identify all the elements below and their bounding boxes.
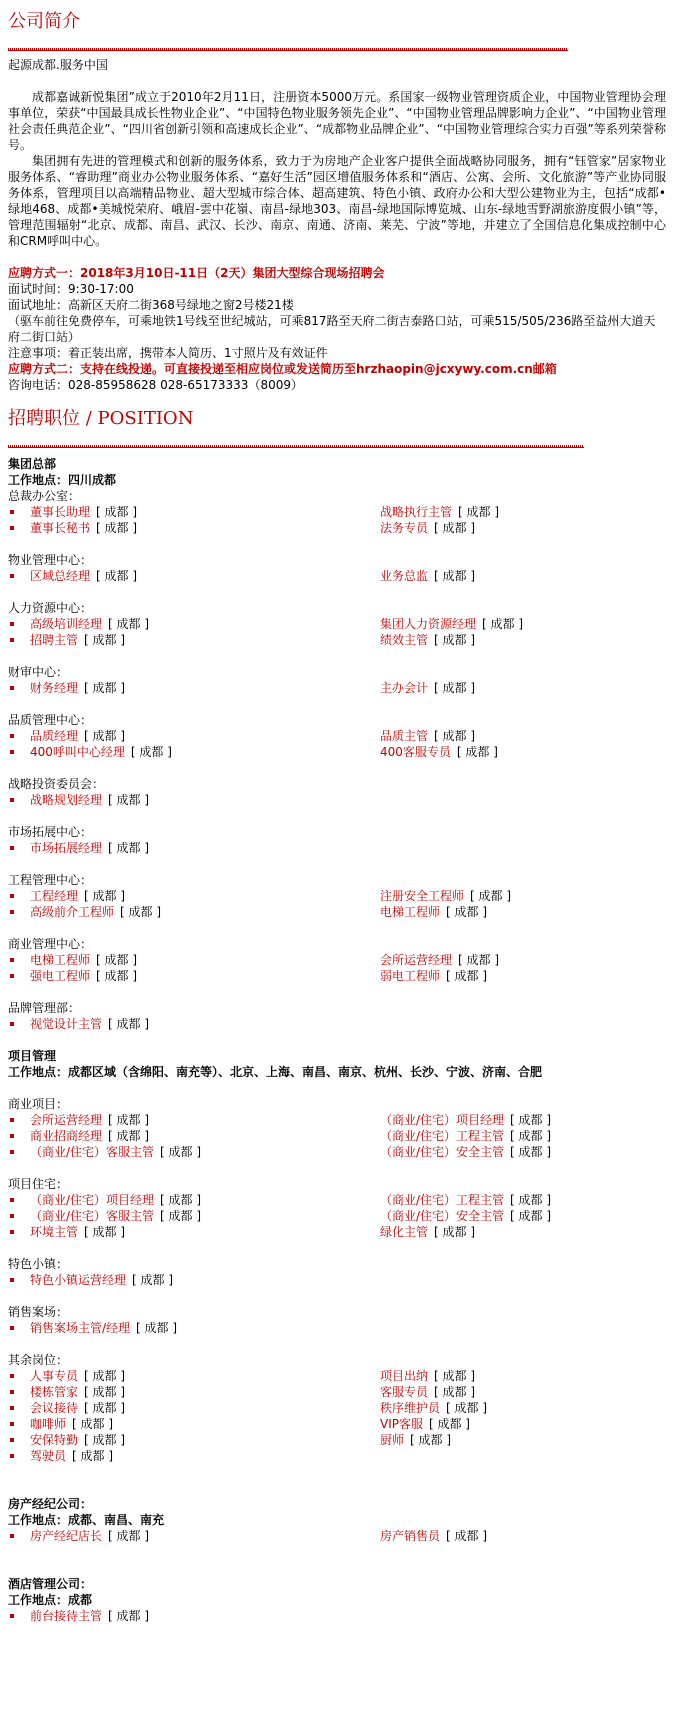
job-link[interactable]: 高级前介工程师 xyxy=(30,904,114,920)
job-cell: 400客服专员[ 成都 ] xyxy=(380,744,498,760)
job-link[interactable]: 注册安全工程师 xyxy=(380,888,464,904)
notice: 注意事项：着正装出席，携带本人简历、1寸照片及有效证件 xyxy=(8,345,666,361)
job-location: [ 成都 ] xyxy=(136,1320,177,1336)
job-location: [ 成都 ] xyxy=(446,1528,487,1544)
job-link[interactable]: 品质经理 xyxy=(30,728,78,744)
job-cell: 区域总经理[ 成都 ] xyxy=(8,568,380,584)
job-cell: 主办会计[ 成都 ] xyxy=(380,680,475,696)
department: 其余岗位：人事专员[ 成都 ]项目出纳[ 成都 ]楼栋管家[ 成都 ]客服专员[… xyxy=(8,1352,666,1464)
department-name: 销售案场： xyxy=(8,1304,666,1320)
job-cell: 财务经理[ 成都 ] xyxy=(8,680,380,696)
group-hotel: 酒店管理公司： 工作地点：成都 前台接待主管[ 成都 ] xyxy=(8,1576,666,1624)
bullet-icon xyxy=(10,1422,14,1426)
department: 商业管理中心：电梯工程师[ 成都 ]会所运营经理[ 成都 ]强电工程师[ 成都 … xyxy=(8,936,666,984)
job-location: [ 成都 ] xyxy=(108,1128,149,1144)
job-cell: 法务专员[ 成都 ] xyxy=(380,520,475,536)
apply-method-2[interactable]: 应聘方式二：支持在线投递。可直接投递至相应岗位或发送简历至hrzhaopin@j… xyxy=(8,361,666,377)
interview-time: 面试时间：9:30-17:00 xyxy=(8,281,666,297)
job-location: [ 成都 ] xyxy=(131,744,172,760)
department: 物业管理中心：区域总经理[ 成都 ]业务总监[ 成都 ] xyxy=(8,552,666,584)
job-link[interactable]: 人事专员 xyxy=(30,1368,78,1384)
job-cell: 会所运营经理[ 成都 ] xyxy=(380,952,499,968)
job-location: [ 成都 ] xyxy=(96,568,137,584)
department-name: 物业管理中心： xyxy=(8,552,666,568)
job-link[interactable]: （商业/住宅）项目经理 xyxy=(380,1112,504,1128)
bullet-icon xyxy=(10,1134,14,1138)
job-location: [ 成都 ] xyxy=(160,1192,201,1208)
bullet-icon xyxy=(10,1406,14,1410)
job-row: 战略规划经理[ 成都 ] xyxy=(8,792,666,808)
job-row: （商业/住宅）项目经理[ 成都 ]（商业/住宅）工程主管[ 成都 ] xyxy=(8,1192,666,1208)
bullet-icon xyxy=(10,1454,14,1458)
job-location: [ 成都 ] xyxy=(446,968,487,984)
job-location: [ 成都 ] xyxy=(96,968,137,984)
job-location: [ 成都 ] xyxy=(434,520,475,536)
job-cell: 绩效主管[ 成都 ] xyxy=(380,632,475,648)
job-location: [ 成都 ] xyxy=(84,1432,125,1448)
job-link[interactable]: 房产经纪店长 xyxy=(30,1528,102,1544)
job-cell: （商业/住宅）工程主管[ 成都 ] xyxy=(380,1192,551,1208)
job-row: 电梯工程师[ 成都 ]会所运营经理[ 成都 ] xyxy=(8,952,666,968)
job-link[interactable]: 战略执行主管 xyxy=(380,504,452,520)
job-cell: 咖啡师[ 成都 ] xyxy=(8,1416,380,1432)
bullet-icon xyxy=(10,1230,14,1234)
department-name: 商业项目： xyxy=(8,1096,666,1112)
job-location: [ 成都 ] xyxy=(510,1128,551,1144)
job-location: [ 成都 ] xyxy=(434,1224,475,1240)
job-link[interactable]: 董事长秘书 xyxy=(30,520,90,536)
job-location: [ 成都 ] xyxy=(96,520,137,536)
job-row: 会所运营经理[ 成都 ]（商业/住宅）项目经理[ 成都 ] xyxy=(8,1112,666,1128)
job-cell: 驾驶员[ 成都 ] xyxy=(8,1448,380,1464)
group-realty: 房产经纪公司： 工作地点：成都、南昌、南充 房产经纪店长[ 成都 ]房产销售员[… xyxy=(8,1496,666,1544)
job-link[interactable]: 项目出纳 xyxy=(380,1368,428,1384)
department-name: 品牌管理部： xyxy=(8,1000,666,1016)
department: 市场拓展中心：市场拓展经理[ 成都 ] xyxy=(8,824,666,856)
job-location: [ 成都 ] xyxy=(510,1144,551,1160)
bullet-icon xyxy=(10,574,14,578)
job-cell: 房产销售员[ 成都 ] xyxy=(380,1528,487,1544)
job-location: [ 成都 ] xyxy=(160,1208,201,1224)
department: 品质管理中心：品质经理[ 成都 ]品质主管[ 成都 ]400呼叫中心经理[ 成都… xyxy=(8,712,666,760)
job-location: [ 成都 ] xyxy=(160,1144,201,1160)
bullet-icon xyxy=(10,686,14,690)
job-cell: 弱电工程师[ 成都 ] xyxy=(380,968,487,984)
job-link[interactable]: 秩序维护员 xyxy=(380,1400,440,1416)
job-rows: 房产经纪店长[ 成都 ]房产销售员[ 成都 ] xyxy=(8,1528,666,1544)
job-location: [ 成都 ] xyxy=(108,1112,149,1128)
job-row: 高级培训经理[ 成都 ]集团人力资源经理[ 成都 ] xyxy=(8,616,666,632)
job-cell: 会议接待[ 成都 ] xyxy=(8,1400,380,1416)
job-row: 楼栋管家[ 成都 ]客服专员[ 成都 ] xyxy=(8,1384,666,1400)
job-link[interactable]: 品质主管 xyxy=(380,728,428,744)
job-location: [ 成都 ] xyxy=(120,904,161,920)
bullet-icon xyxy=(10,1374,14,1378)
bullet-icon xyxy=(10,750,14,754)
job-link[interactable]: 主办会计 xyxy=(380,680,428,696)
job-location: [ 成都 ] xyxy=(72,1448,113,1464)
bullet-icon xyxy=(10,526,14,530)
job-row: （商业/住宅）客服主管[ 成都 ]（商业/住宅）安全主管[ 成都 ] xyxy=(8,1144,666,1160)
job-cell: 业务总监[ 成都 ] xyxy=(380,568,475,584)
group-name: 集团总部 xyxy=(8,456,666,472)
group-location: 工作地点：成都、南昌、南充 xyxy=(8,1512,666,1528)
job-link[interactable]: 客服专员 xyxy=(380,1384,428,1400)
job-link[interactable]: 厨师 xyxy=(380,1432,404,1448)
job-row: 房产经纪店长[ 成都 ]房产销售员[ 成都 ] xyxy=(8,1528,666,1544)
job-cell: 人事专员[ 成都 ] xyxy=(8,1368,380,1384)
department: 特色小镇：特色小镇运营经理[ 成都 ] xyxy=(8,1256,666,1288)
job-location: [ 成都 ] xyxy=(446,1400,487,1416)
job-location: [ 成都 ] xyxy=(410,1432,451,1448)
job-cell: 环境主管[ 成都 ] xyxy=(8,1224,380,1240)
job-row: 环境主管[ 成都 ]绿化主管[ 成都 ] xyxy=(8,1224,666,1240)
job-row: 工程经理[ 成都 ]注册安全工程师[ 成都 ] xyxy=(8,888,666,904)
job-cell: 厨师[ 成都 ] xyxy=(380,1432,451,1448)
job-cell: 战略规划经理[ 成都 ] xyxy=(8,792,380,808)
job-location: [ 成都 ] xyxy=(84,888,125,904)
job-link[interactable]: 咖啡师 xyxy=(30,1416,66,1432)
bullet-icon xyxy=(10,734,14,738)
job-location: [ 成都 ] xyxy=(84,632,125,648)
positions-title: 招聘职位 / POSITION xyxy=(8,407,666,431)
job-link[interactable]: 高级培训经理 xyxy=(30,616,102,632)
job-link[interactable]: 商业招商经理 xyxy=(30,1128,102,1144)
job-row: 强电工程师[ 成都 ]弱电工程师[ 成都 ] xyxy=(8,968,666,984)
dotted-divider xyxy=(8,48,568,51)
bullet-icon xyxy=(10,638,14,642)
bullet-icon xyxy=(10,1534,14,1538)
job-location: [ 成都 ] xyxy=(458,504,499,520)
department-name: 总裁办公室： xyxy=(8,488,666,504)
job-link[interactable]: 财务经理 xyxy=(30,680,78,696)
job-location: [ 成都 ] xyxy=(84,1400,125,1416)
group-location: 工作地点：成都区域（含绵阳、南充等）、北京、上海、南昌、南京、杭州、长沙、宁波、… xyxy=(8,1064,666,1080)
job-location: [ 成都 ] xyxy=(96,504,137,520)
job-link[interactable]: 会议接待 xyxy=(30,1400,78,1416)
job-cell: 品质经理[ 成都 ] xyxy=(8,728,380,744)
bullet-icon xyxy=(10,1198,14,1202)
job-location: [ 成都 ] xyxy=(108,792,149,808)
job-location: [ 成都 ] xyxy=(434,680,475,696)
group-location: 工作地点：四川成都 xyxy=(8,472,666,488)
job-link[interactable]: 会所运营经理 xyxy=(380,952,452,968)
job-cell: 安保特勤[ 成都 ] xyxy=(8,1432,380,1448)
job-location: [ 成都 ] xyxy=(108,1016,149,1032)
job-cell: （商业/住宅）客服主管[ 成都 ] xyxy=(8,1208,380,1224)
job-link[interactable]: 房产销售员 xyxy=(380,1528,440,1544)
job-location: [ 成都 ] xyxy=(108,1528,149,1544)
job-row: 特色小镇运营经理[ 成都 ] xyxy=(8,1272,666,1288)
company-intro-title: 公司简介 xyxy=(8,10,666,34)
job-location: [ 成都 ] xyxy=(510,1112,551,1128)
job-link[interactable]: （商业/住宅）安全主管 xyxy=(380,1144,504,1160)
job-link[interactable]: 战略规划经理 xyxy=(30,792,102,808)
job-location: [ 成都 ] xyxy=(434,568,475,584)
bullet-icon xyxy=(10,798,14,802)
department: 总裁办公室：董事长助理[ 成都 ]战略执行主管[ 成都 ]董事长秘书[ 成都 ]… xyxy=(8,488,666,536)
job-row: 财务经理[ 成都 ]主办会计[ 成都 ] xyxy=(8,680,666,696)
job-location: [ 成都 ] xyxy=(482,616,523,632)
dept-list: 商业项目：会所运营经理[ 成都 ]（商业/住宅）项目经理[ 成都 ]商业招商经理… xyxy=(8,1096,666,1464)
bullet-icon xyxy=(10,1390,14,1394)
bullet-icon xyxy=(10,1326,14,1330)
bullet-icon xyxy=(10,510,14,514)
job-link[interactable]: （商业/住宅）客服主管 xyxy=(30,1208,154,1224)
job-cell: （商业/住宅）客服主管[ 成都 ] xyxy=(8,1144,380,1160)
job-link[interactable]: 法务专员 xyxy=(380,520,428,536)
job-cell: 工程经理[ 成都 ] xyxy=(8,888,380,904)
job-cell: 强电工程师[ 成都 ] xyxy=(8,968,380,984)
job-row: 会议接待[ 成都 ]秩序维护员[ 成都 ] xyxy=(8,1400,666,1416)
job-location: [ 成都 ] xyxy=(84,680,125,696)
job-cell: 董事长秘书[ 成都 ] xyxy=(8,520,380,536)
bullet-icon xyxy=(10,1614,14,1618)
job-link[interactable]: 视觉设计主管 xyxy=(30,1016,102,1032)
job-link[interactable]: 业务总监 xyxy=(380,568,428,584)
job-cell: 房产经纪店长[ 成都 ] xyxy=(8,1528,380,1544)
job-cell: 招聘主管[ 成都 ] xyxy=(8,632,380,648)
job-cell: VIP客服[ 成都 ] xyxy=(380,1416,470,1432)
group-location: 工作地点：成都 xyxy=(8,1592,666,1608)
job-cell: （商业/住宅）安全主管[ 成都 ] xyxy=(380,1144,551,1160)
job-link[interactable]: 董事长助理 xyxy=(30,504,90,520)
department: 商业项目：会所运营经理[ 成都 ]（商业/住宅）项目经理[ 成都 ]商业招商经理… xyxy=(8,1096,666,1160)
job-cell: 会所运营经理[ 成都 ] xyxy=(8,1112,380,1128)
job-link[interactable]: 弱电工程师 xyxy=(380,968,440,984)
job-row: 安保特勤[ 成都 ]厨师[ 成都 ] xyxy=(8,1432,666,1448)
job-location: [ 成都 ] xyxy=(434,1368,475,1384)
bullet-icon xyxy=(10,1022,14,1026)
bullet-icon xyxy=(10,1214,14,1218)
job-link[interactable]: 招聘主管 xyxy=(30,632,78,648)
job-cell: （商业/住宅）工程主管[ 成都 ] xyxy=(380,1128,551,1144)
job-link[interactable]: 前台接待主管 xyxy=(30,1608,102,1624)
dotted-divider xyxy=(8,445,584,448)
job-link[interactable]: 安保特勤 xyxy=(30,1432,78,1448)
department-name: 特色小镇： xyxy=(8,1256,666,1272)
job-link[interactable]: （商业/住宅）客服主管 xyxy=(30,1144,154,1160)
job-link[interactable]: 工程经理 xyxy=(30,888,78,904)
department: 工程管理中心：工程经理[ 成都 ]注册安全工程师[ 成都 ]高级前介工程师[ 成… xyxy=(8,872,666,920)
slogan: 起源成都.服务中国 xyxy=(8,57,666,73)
job-link[interactable]: 市场拓展经理 xyxy=(30,840,102,856)
job-link[interactable]: 绩效主管 xyxy=(380,632,428,648)
job-location: [ 成都 ] xyxy=(446,904,487,920)
job-cell: 秩序维护员[ 成都 ] xyxy=(380,1400,487,1416)
job-cell: 注册安全工程师[ 成都 ] xyxy=(380,888,511,904)
job-cell: 楼栋管家[ 成都 ] xyxy=(8,1384,380,1400)
job-link[interactable]: 电梯工程师 xyxy=(380,904,440,920)
department-name: 市场拓展中心： xyxy=(8,824,666,840)
job-row: 咖啡师[ 成都 ]VIP客服[ 成都 ] xyxy=(8,1416,666,1432)
job-row: 品质经理[ 成都 ]品质主管[ 成都 ] xyxy=(8,728,666,744)
job-link[interactable]: 环境主管 xyxy=(30,1224,78,1240)
job-cell: 高级培训经理[ 成都 ] xyxy=(8,616,380,632)
job-row: 人事专员[ 成都 ]项目出纳[ 成都 ] xyxy=(8,1368,666,1384)
job-row: 市场拓展经理[ 成都 ] xyxy=(8,840,666,856)
job-cell: 品质主管[ 成都 ] xyxy=(380,728,475,744)
bullet-icon xyxy=(10,894,14,898)
job-location: [ 成都 ] xyxy=(457,744,498,760)
bullet-icon xyxy=(10,958,14,962)
job-cell: 市场拓展经理[ 成都 ] xyxy=(8,840,380,856)
group-hq: 集团总部 工作地点：四川成都 总裁办公室：董事长助理[ 成都 ]战略执行主管[ … xyxy=(8,456,666,1032)
job-location: [ 成都 ] xyxy=(434,1384,475,1400)
contact-phone: 咨询电话：028-85958628 028-65173333（8009） xyxy=(8,377,666,393)
department: 项目住宅：（商业/住宅）项目经理[ 成都 ]（商业/住宅）工程主管[ 成都 ]（… xyxy=(8,1176,666,1240)
apply-method-1: 应聘方式一：2018年3月10日-11日（2天）集团大型综合现场招聘会 xyxy=(8,265,666,281)
job-location: [ 成都 ] xyxy=(84,1224,125,1240)
bullet-icon xyxy=(10,846,14,850)
bullet-icon xyxy=(10,1150,14,1154)
job-cell: 电梯工程师[ 成都 ] xyxy=(380,904,487,920)
bullet-icon xyxy=(10,910,14,914)
page: 公司简介 起源成都.服务中国 成都嘉诚新悦集团”成立于2010年2月11日，注册… xyxy=(0,0,674,1624)
job-cell: （商业/住宅）项目经理[ 成都 ] xyxy=(8,1192,380,1208)
job-location: [ 成都 ] xyxy=(108,1608,149,1624)
department-name: 工程管理中心： xyxy=(8,872,666,888)
department: 销售案场：销售案场主管/经理[ 成都 ] xyxy=(8,1304,666,1336)
group-name: 项目管理 xyxy=(8,1048,666,1064)
job-location: [ 成都 ] xyxy=(132,1272,173,1288)
group-name: 酒店管理公司： xyxy=(8,1576,666,1592)
job-row: 销售案场主管/经理[ 成都 ] xyxy=(8,1320,666,1336)
job-cell: （商业/住宅）安全主管[ 成都 ] xyxy=(380,1208,551,1224)
job-link[interactable]: 驾驶员 xyxy=(30,1448,66,1464)
job-cell: 客服专员[ 成都 ] xyxy=(380,1384,475,1400)
job-location: [ 成都 ] xyxy=(429,1416,470,1432)
job-cell: 销售案场主管/经理[ 成都 ] xyxy=(8,1320,380,1336)
job-location: [ 成都 ] xyxy=(434,632,475,648)
group-project: 项目管理 工作地点：成都区域（含绵阳、南充等）、北京、上海、南昌、南京、杭州、长… xyxy=(8,1048,666,1464)
job-row: 区域总经理[ 成都 ]业务总监[ 成都 ] xyxy=(8,568,666,584)
job-cell: 战略执行主管[ 成都 ] xyxy=(380,504,499,520)
job-link[interactable]: 电梯工程师 xyxy=(30,952,90,968)
job-row: 前台接待主管[ 成都 ] xyxy=(8,1608,666,1624)
job-cell: 特色小镇运营经理[ 成都 ] xyxy=(8,1272,380,1288)
job-location: [ 成都 ] xyxy=(96,952,137,968)
job-link[interactable]: （商业/住宅）工程主管 xyxy=(380,1192,504,1208)
job-link[interactable]: （商业/住宅）项目经理 xyxy=(30,1192,154,1208)
job-location: [ 成都 ] xyxy=(108,840,149,856)
dept-list: 总裁办公室：董事长助理[ 成都 ]战略执行主管[ 成都 ]董事长秘书[ 成都 ]… xyxy=(8,488,666,1032)
transport-info: （驱车前往免费停车，可乘地铁1号线至世纪城站，可乘817路至天府二街吉泰路口站，… xyxy=(8,313,666,345)
job-row: （商业/住宅）客服主管[ 成都 ]（商业/住宅）安全主管[ 成都 ] xyxy=(8,1208,666,1224)
job-location: [ 成都 ] xyxy=(510,1208,551,1224)
job-link[interactable]: （商业/住宅）安全主管 xyxy=(380,1208,504,1224)
job-link[interactable]: 区域总经理 xyxy=(30,568,90,584)
job-cell: 视觉设计主管[ 成都 ] xyxy=(8,1016,380,1032)
job-location: [ 成都 ] xyxy=(108,616,149,632)
bullet-icon xyxy=(10,974,14,978)
interview-address: 面试地址：高新区天府二街368号绿地之窗2号楼21楼 xyxy=(8,297,666,313)
job-location: [ 成都 ] xyxy=(470,888,511,904)
job-row: 400呼叫中心经理[ 成都 ]400客服专员[ 成都 ] xyxy=(8,744,666,760)
department-name: 项目住宅： xyxy=(8,1176,666,1192)
job-cell: 前台接待主管[ 成都 ] xyxy=(8,1608,380,1624)
bullet-icon xyxy=(10,1278,14,1282)
job-location: [ 成都 ] xyxy=(458,952,499,968)
department-name: 财审中心： xyxy=(8,664,666,680)
job-link[interactable]: 集团人力资源经理 xyxy=(380,616,476,632)
job-cell: 400呼叫中心经理[ 成都 ] xyxy=(8,744,380,760)
job-cell: 董事长助理[ 成都 ] xyxy=(8,504,380,520)
bullet-icon xyxy=(10,1118,14,1122)
job-link[interactable]: 绿化主管 xyxy=(380,1224,428,1240)
department-name: 品质管理中心： xyxy=(8,712,666,728)
bullet-icon xyxy=(10,1438,14,1442)
department-name: 人力资源中心： xyxy=(8,600,666,616)
job-row: 董事长助理[ 成都 ]战略执行主管[ 成都 ] xyxy=(8,504,666,520)
job-row: 董事长秘书[ 成都 ]法务专员[ 成都 ] xyxy=(8,520,666,536)
job-location: [ 成都 ] xyxy=(434,728,475,744)
job-cell: 电梯工程师[ 成都 ] xyxy=(8,952,380,968)
job-row: 招聘主管[ 成都 ]绩效主管[ 成都 ] xyxy=(8,632,666,648)
intro-paragraph: 成都嘉诚新悦集团”成立于2010年2月11日，注册资本5000万元。系国家一级物… xyxy=(8,89,666,153)
department: 财审中心：财务经理[ 成都 ]主办会计[ 成都 ] xyxy=(8,664,666,696)
job-cell: 集团人力资源经理[ 成都 ] xyxy=(380,616,523,632)
job-cell: 商业招商经理[ 成都 ] xyxy=(8,1128,380,1144)
department-name: 其余岗位： xyxy=(8,1352,666,1368)
job-cell: 绿化主管[ 成都 ] xyxy=(380,1224,475,1240)
job-link[interactable]: VIP客服 xyxy=(380,1416,423,1432)
job-link[interactable]: 400呼叫中心经理 xyxy=(30,744,125,760)
job-cell: （商业/住宅）项目经理[ 成都 ] xyxy=(380,1112,551,1128)
job-cell: 项目出纳[ 成都 ] xyxy=(380,1368,475,1384)
job-row: 视觉设计主管[ 成都 ] xyxy=(8,1016,666,1032)
job-location: [ 成都 ] xyxy=(84,728,125,744)
department-name: 商业管理中心： xyxy=(8,936,666,952)
job-link[interactable]: 强电工程师 xyxy=(30,968,90,984)
job-cell: 高级前介工程师[ 成都 ] xyxy=(8,904,380,920)
job-link[interactable]: 销售案场主管/经理 xyxy=(30,1320,130,1336)
job-link[interactable]: 400客服专员 xyxy=(380,744,451,760)
job-location: [ 成都 ] xyxy=(72,1416,113,1432)
job-location: [ 成都 ] xyxy=(84,1368,125,1384)
department: 战略投资委员会：战略规划经理[ 成都 ] xyxy=(8,776,666,808)
job-row: 商业招商经理[ 成都 ]（商业/住宅）工程主管[ 成都 ] xyxy=(8,1128,666,1144)
job-row: 驾驶员[ 成都 ] xyxy=(8,1448,666,1464)
job-link[interactable]: 会所运营经理 xyxy=(30,1112,102,1128)
group-name: 房产经纪公司： xyxy=(8,1496,666,1512)
job-location: [ 成都 ] xyxy=(84,1384,125,1400)
job-rows: 前台接待主管[ 成都 ] xyxy=(8,1608,666,1624)
department: 品牌管理部：视觉设计主管[ 成都 ] xyxy=(8,1000,666,1032)
apply-info: 应聘方式一：2018年3月10日-11日（2天）集团大型综合现场招聘会 面试时间… xyxy=(8,265,666,393)
bullet-icon xyxy=(10,622,14,626)
department: 人力资源中心：高级培训经理[ 成都 ]集团人力资源经理[ 成都 ]招聘主管[ 成… xyxy=(8,600,666,648)
department-name: 战略投资委员会： xyxy=(8,776,666,792)
job-link[interactable]: （商业/住宅）工程主管 xyxy=(380,1128,504,1144)
job-location: [ 成都 ] xyxy=(510,1192,551,1208)
job-row: 高级前介工程师[ 成都 ]电梯工程师[ 成都 ] xyxy=(8,904,666,920)
job-link[interactable]: 特色小镇运营经理 xyxy=(30,1272,126,1288)
intro-paragraph: 集团拥有先进的管理模式和创新的服务体系，致力于为房地产企业客户提供全面战略协同服… xyxy=(8,153,666,249)
job-link[interactable]: 楼栋管家 xyxy=(30,1384,78,1400)
